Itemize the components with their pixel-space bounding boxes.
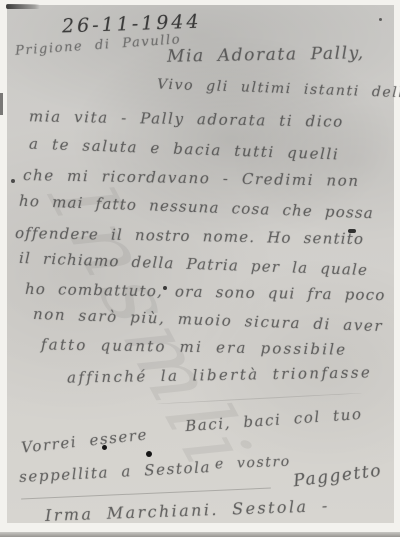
body-line: ho mai fatto nessuna cosa che possa <box>19 192 374 222</box>
underline-stroke <box>21 488 271 500</box>
body-line: mia vita - Pally adorata ti dico <box>29 107 344 130</box>
closing-line: seppellita a Sestola <box>19 458 212 486</box>
letter-location: Prigione di Pavullo <box>15 32 182 59</box>
photo-speck <box>379 18 382 21</box>
signature: Paggetto <box>292 461 383 492</box>
closing-line: Vorrei essere <box>20 425 148 456</box>
body-line: a te saluta e bacia tutti quelli <box>29 135 340 164</box>
photo-speck <box>102 445 107 450</box>
closing-line: e vostro <box>215 454 291 473</box>
letter-salutation: Mia Adorata Pally, <box>167 43 365 66</box>
closing-line: Baci, baci col tuo <box>185 405 364 435</box>
scan-edge-artifact <box>0 532 400 537</box>
photo-speck <box>11 179 15 183</box>
photo-speck <box>146 451 152 457</box>
ink-blot <box>348 229 356 233</box>
body-line: affinché la libertà trionfasse <box>67 363 372 386</box>
body-line: offendere il nostro nome. Ho sentito <box>15 224 365 248</box>
body-line: ho combattuto, ora sono qui fra poco <box>25 280 386 304</box>
body-line: non sarò più, muoio sicura di aver <box>33 305 384 335</box>
photo-paper: Insmli 26-11-1944 Prigione di Pavullo Mi… <box>7 5 394 523</box>
scan-edge-artifact <box>6 4 40 9</box>
body-line: il richiamo della Patria per la quale <box>19 249 369 279</box>
photo-speck <box>163 286 167 290</box>
caption-line: Irma Marchiani. Sestola - <box>45 496 330 525</box>
body-line: che mi ricordavano - Credimi non <box>23 166 360 190</box>
body-line: Vivo gli ultimi istanti della <box>157 77 400 102</box>
scan-edge-artifact <box>0 93 3 115</box>
body-line: fatto quanto mi era possibile <box>41 335 348 358</box>
paper-crease <box>157 393 362 405</box>
letter-photograph: Insmli 26-11-1944 Prigione di Pavullo Mi… <box>0 0 400 537</box>
